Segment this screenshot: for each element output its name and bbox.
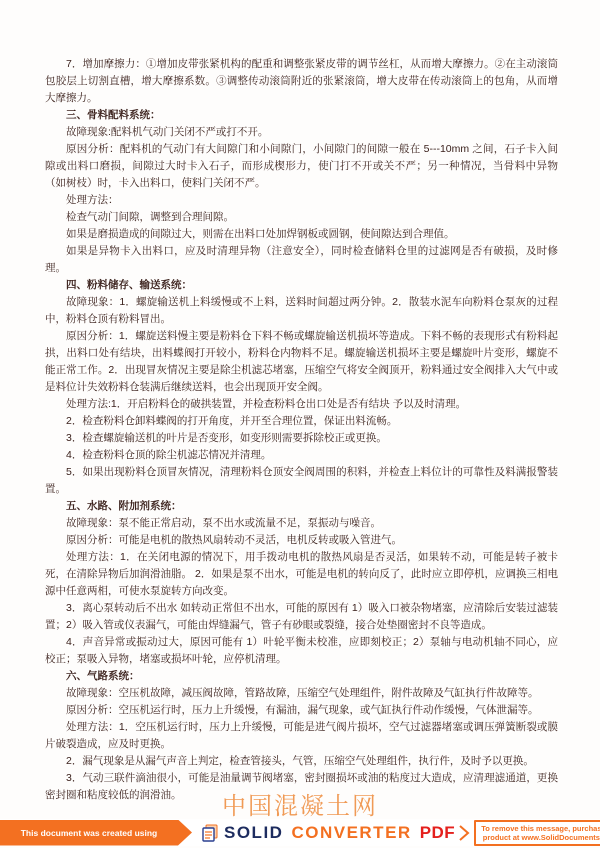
paragraph: 原因分析：可能是电机的散热风扇转动不灵活，电机反转或吸入管进气。	[45, 532, 558, 549]
paragraph: 故障现象：泵不能正常启动，泵不出水或流量不足，泵振动与噪音。	[45, 515, 558, 532]
paragraph: 处理方法：1．空压机运行时，压力上升缓慢，可能是进气阀片损坏，空气过滤器堵塞或调…	[45, 719, 558, 753]
paragraph: 原因分析：配料机的气动门有大间隙门和小间隙门，小间隙门的间隙一般在 5---10…	[45, 141, 558, 192]
footer-left-ribbon: This document was created using	[0, 820, 192, 846]
paragraph: 7．增加摩擦力：①增加皮带张紧机构的配重和调整张紧皮带的调节丝杠，从而增大摩擦力…	[45, 56, 558, 107]
brand-word-solid: SOLID	[224, 823, 283, 843]
paragraph: 检查气动门间隙，调整到合理间隙。	[45, 209, 558, 226]
watermark-text: 中国混凝土网	[0, 786, 600, 821]
solid-converter-logo: SOLID CONVERTER PDF	[202, 823, 455, 843]
paragraph: 4．声音异常或振动过大，原因可能有 1）叶轮平衡未校准，应即刻校正；2）泵轴与电…	[45, 634, 558, 668]
brand-word-converter: CONVERTER	[291, 823, 411, 843]
document-body: 7．增加摩擦力：①增加皮带张紧机构的配重和调整张紧皮带的调节丝杠，从而增大摩擦力…	[45, 56, 558, 804]
purchase-line-2: product at www.SolidDocuments.com	[481, 833, 600, 842]
footer-left-text: This document was created using	[21, 828, 172, 838]
paragraph: 2．漏气现象是从漏气声音上判定，检查管接头，气管，压缩空气处理组件，执行件，及时…	[45, 753, 558, 770]
paragraph: 如果是磨损造成的间隙过大，则需在出料口处加焊钢板或圆钢，使间隙达到合理值。	[45, 226, 558, 243]
paragraph: 5．如果出现粉料仓顶冒灰情况，清理粉料仓顶安全阀周围的积料，并检查上料位计的可靠…	[45, 464, 558, 498]
paragraph: 四、粉料储存、输送系统：	[45, 277, 558, 294]
paragraph: 六、气路系统：	[45, 668, 558, 685]
paragraph: 3．检查螺旋输送机的叶片是否变形，如变形则需要拆除校正或更换。	[45, 430, 558, 447]
paragraph: 处理方法:1．开启粉料仓的破拱装置，并检查粉料仓出口处是否有结块 予以及时清理。	[45, 396, 558, 413]
paragraph: 处理方法：1．在关闭电源的情况下，用手拨动电机的散热风扇是否灵活，如果转不动，可…	[45, 549, 558, 600]
paragraph: 原因分析：1．螺旋送料慢主要是粉料仓下料不畅或螺旋输送机损坏等造成。下料不畅的表…	[45, 328, 558, 396]
paragraph: 原因分析：空压机运行时，压力上升缓慢，有漏油，漏气现象，或气缸执行件动作缓慢，气…	[45, 702, 558, 719]
paragraph: 如果是异物卡入出料口，应及时清理异物（注意安全），同时检查储料仓里的过滤网是否有…	[45, 243, 558, 277]
solid-converter-banner: This document was created using SOLID CO…	[0, 819, 600, 846]
paragraph: 处理方法：	[45, 192, 558, 209]
paragraph: 2．检查粉料仓卸料蝶阀的打开角度，并开至合理位置，保证出料流畅。	[45, 413, 558, 430]
paragraph: 4．检查粉料仓顶的除尘机滤芯情况并清理。	[45, 447, 558, 464]
purchase-link[interactable]: To remove this message, purchase the pro…	[474, 820, 600, 846]
chevron-right-icon	[459, 825, 471, 841]
paragraph: 故障现象:配料机气动门关闭不严或打不开。	[45, 124, 558, 141]
paragraph: 五、水路、附加剂系统：	[45, 498, 558, 515]
paragraph: 故障现象：1．螺旋输送机上料缓慢或不上料，送料时间超过两分钟。2．散装水泥车向粉…	[45, 294, 558, 328]
document-page: 7．增加摩擦力：①增加皮带张紧机构的配重和调整张紧皮带的调节丝杠，从而增大摩擦力…	[0, 0, 600, 848]
paragraph: 3．离心泵转动后不出水 如转动正常但不出水，可能的原因有 1）吸入口被杂物堵塞，…	[45, 600, 558, 634]
paragraph: 三、骨料配料系统：	[45, 107, 558, 124]
paragraph: 故障现象：空压机故障，减压阀故障，管路故障，压缩空气处理组件，附件故障及气缸执行…	[45, 685, 558, 702]
purchase-line-1: To remove this message, purchase the	[481, 824, 600, 833]
brand-word-pdf: PDF	[420, 823, 456, 843]
document-stack-icon	[202, 824, 219, 842]
